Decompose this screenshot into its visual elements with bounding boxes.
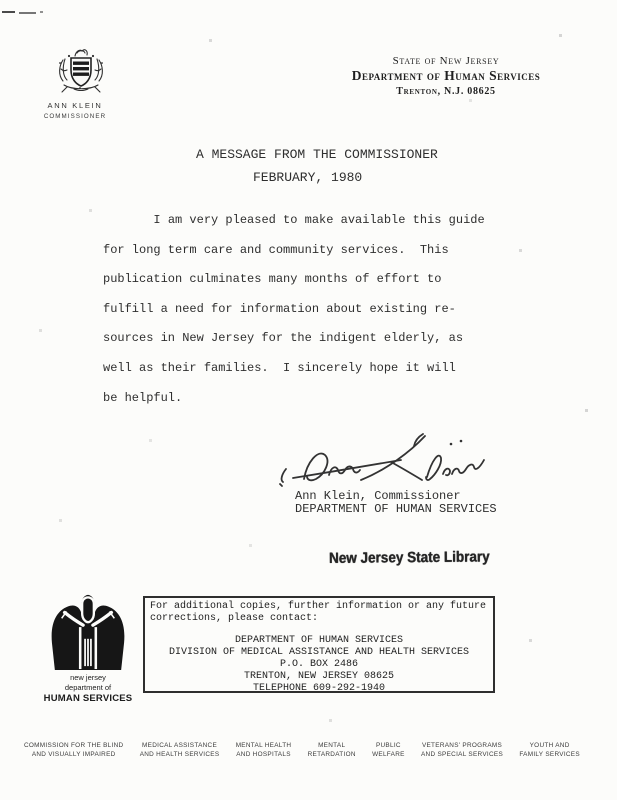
footer-division: MENTAL HEALTH AND HOSPITALS <box>236 741 292 759</box>
commissioner-name: ANN KLEIN <box>30 101 120 110</box>
nj-state-crest-icon <box>54 45 108 97</box>
signer-dept-line: DEPARTMENT OF HUMAN SERVICES <box>295 503 497 516</box>
footer-division: MENTAL RETARDATION <box>308 741 356 759</box>
message-date: FEBRUARY, 1980 <box>253 170 362 185</box>
scan-artifact-mark <box>2 10 42 16</box>
logo-caption-line3: HUMAN SERVICES <box>38 693 138 704</box>
signature-block: Ann Klein, Commissioner DEPARTMENT OF HU… <box>295 490 497 515</box>
division-footer: COMMISSION FOR THE BLIND AND VISUALLY IM… <box>24 741 580 759</box>
commissioner-title: COMMISSIONER <box>30 113 120 120</box>
contact-intro: For additional copies, further informati… <box>150 601 488 625</box>
letterhead-state: State of New Jersey <box>328 55 564 67</box>
logo-caption-line2: department of <box>38 683 138 692</box>
signer-name-line: Ann Klein, Commissioner <box>295 490 497 503</box>
letter-body: I am very pleased to make available this… <box>103 206 503 413</box>
message-heading: A MESSAGE FROM THE COMMISSIONER <box>196 147 438 162</box>
footer-division: COMMISSION FOR THE BLIND AND VISUALLY IM… <box>24 741 123 759</box>
human-services-logo: new jersey department of HUMAN SERVICES <box>38 592 138 704</box>
letterhead: State of New Jersey Department of Human … <box>328 55 564 97</box>
human-services-figure-icon <box>47 592 129 670</box>
commissioner-identity: ANN KLEIN COMMISSIONER <box>30 101 120 120</box>
ann-klein-signature <box>255 424 485 494</box>
library-stamp: New Jersey State Library <box>329 548 490 567</box>
letterhead-department: Department of Human Services <box>328 68 564 84</box>
footer-division: MEDICAL ASSISTANCE AND HEALTH SERVICES <box>140 741 220 759</box>
logo-caption-line1: new jersey <box>38 673 138 682</box>
contact-info-box: For additional copies, further informati… <box>143 596 495 693</box>
contact-details: DEPARTMENT OF HUMAN SERVICES DIVISION OF… <box>150 635 488 695</box>
scanned-letter-page: ANN KLEIN COMMISSIONER State of New Jers… <box>0 0 617 800</box>
footer-division: YOUTH AND FAMILY SERVICES <box>519 741 580 759</box>
footer-division: VETERANS' PROGRAMS AND SPECIAL SERVICES <box>421 741 503 759</box>
scan-noise-speckles <box>0 0 1 1</box>
footer-division: PUBLIC WELFARE <box>372 741 405 759</box>
letterhead-address: Trenton, N.J. 08625 <box>328 86 564 97</box>
